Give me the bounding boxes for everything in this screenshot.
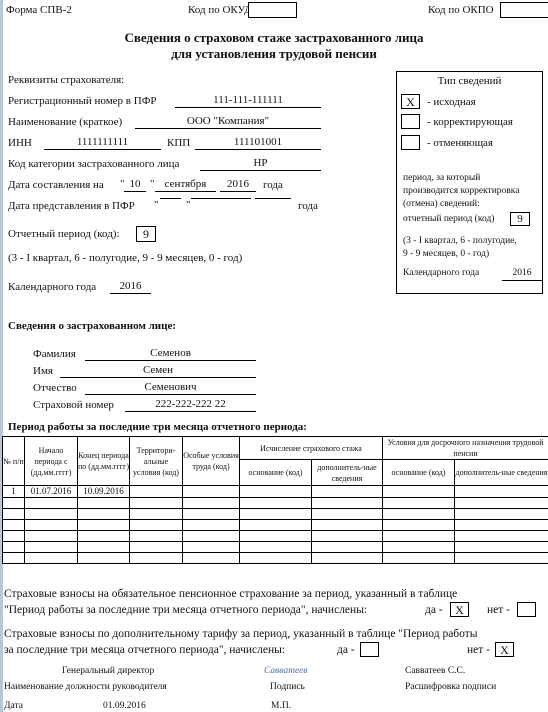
okud-field[interactable] [248, 2, 297, 18]
col-insurance-additional-header: дополнитель-ные сведения [312, 460, 383, 486]
table-cell[interactable] [78, 520, 130, 531]
additional-yes-checkbox[interactable] [360, 642, 379, 657]
insurer-section-label: Реквизиты страхователя: [8, 74, 124, 86]
table-cell[interactable] [183, 498, 240, 509]
table-cell[interactable] [240, 520, 312, 531]
table-cell[interactable] [240, 509, 312, 520]
mandatory-no-checkbox[interactable] [517, 602, 536, 617]
first-name-field[interactable]: Семен [60, 363, 256, 378]
mandatory-text-2: "Период работы за последние три месяца о… [4, 604, 367, 616]
type-corrective-label: - корректирующая [427, 116, 513, 128]
kpp-label: КПП [167, 137, 190, 149]
type-corrective-checkbox[interactable] [401, 114, 420, 129]
table-cell[interactable] [78, 509, 130, 520]
correction-year-label: Календарного года [403, 268, 479, 278]
signature-caption: Подпись [270, 682, 305, 692]
mandatory-no-label: нет - [487, 604, 510, 616]
additional-no-label: нет - [467, 644, 490, 656]
table-cell[interactable] [312, 542, 383, 553]
correction-text-3: (отмена) сведений: [403, 199, 480, 209]
inn-field[interactable]: 1111111111 [44, 135, 161, 150]
quote-open: " [154, 199, 159, 211]
table-row [3, 542, 548, 553]
table-cell[interactable] [183, 509, 240, 520]
table-cell[interactable] [3, 542, 25, 553]
table-cell[interactable] [130, 520, 183, 531]
date-value: 01.09.2016 [103, 701, 146, 711]
table-cell[interactable] [312, 553, 383, 564]
table-row: 101.07.201610.09.2016 [3, 486, 548, 498]
work-table-title: Период работы за последние три месяца от… [8, 421, 307, 433]
table-cell[interactable] [312, 531, 383, 542]
table-cell[interactable] [130, 553, 183, 564]
period-code-field[interactable]: 9 [136, 226, 156, 242]
mandatory-text-1: Страховые взносы на обязательное пенсион… [4, 588, 457, 600]
position-caption: Наименование должности руководителя [4, 682, 167, 692]
table-cell[interactable] [312, 520, 383, 531]
col-end-header: Конец периода по (дд.мм.гггг) [78, 437, 130, 486]
table-cell[interactable] [183, 531, 240, 542]
col-num-header: № п/п [3, 437, 25, 486]
table-cell[interactable] [240, 498, 312, 509]
type-cancelling-label: - отменяющая [427, 137, 493, 149]
table-cell[interactable] [130, 509, 183, 520]
col-start-header: Начало периода с (дд.мм.гггг) [25, 437, 78, 486]
quote-close: " [186, 199, 191, 211]
table-row [3, 553, 548, 564]
table-cell[interactable] [383, 531, 455, 542]
col-early-additional-header: дополнитель-ные сведения [455, 460, 548, 486]
table-cell[interactable] [78, 531, 130, 542]
table-cell[interactable] [240, 553, 312, 564]
snils-label: Страховой номер [33, 399, 114, 411]
col-territorial-header: Территори-альные условия (код) [130, 437, 183, 486]
table-cell[interactable] [240, 542, 312, 553]
table-cell[interactable] [383, 486, 455, 498]
table-cell[interactable] [383, 542, 455, 553]
table-cell[interactable] [25, 553, 78, 564]
correction-year-field[interactable]: 2016 [502, 266, 542, 281]
table-cell[interactable]: 01.07.2016 [25, 486, 78, 498]
correction-hint-2: 9 - 9 месяцев, 0 - год) [403, 249, 489, 259]
table-cell[interactable] [383, 498, 455, 509]
table-cell[interactable] [183, 520, 240, 531]
name-caption: Расшифровка подписи [405, 682, 496, 692]
table-row [3, 520, 548, 531]
director-signature: Савватеев [264, 666, 308, 676]
reg-number-label: Регистрационный номер в ПФР [8, 95, 157, 107]
table-cell[interactable] [78, 542, 130, 553]
table-cell[interactable] [312, 486, 383, 498]
stamp-placeholder: М.П. [271, 701, 291, 711]
compiled-year-field[interactable]: 2016 [220, 177, 256, 192]
category-field[interactable]: НР [200, 156, 321, 171]
submitted-label: Дата представления в ПФР [8, 200, 135, 212]
period-hint: (3 - I квартал, 6 - полугодие, 9 - 9 мес… [8, 252, 242, 264]
date-label: Дата [4, 701, 23, 711]
col-special-header: Особые условия труда (код) [183, 437, 240, 486]
okud-label: Код по ОКУД [188, 4, 252, 16]
table-cell[interactable] [455, 531, 548, 542]
correction-text-2: производится корректировка [403, 186, 519, 196]
table-cell[interactable] [455, 498, 548, 509]
correction-period-field[interactable]: 9 [510, 212, 530, 226]
name-field[interactable]: ООО "Компания" [135, 114, 321, 129]
page-left-border [0, 0, 3, 712]
additional-no-checkbox[interactable]: X [495, 642, 514, 657]
first-name-label: Имя [33, 365, 53, 377]
director-name: Савватеев С.С. [405, 666, 465, 676]
surname-label: Фамилия [33, 348, 76, 360]
col-early-group-header: Условия для досрочного назначения трудов… [383, 437, 548, 460]
correction-period-label: отчетный период (код) [403, 214, 494, 224]
table-cell[interactable] [78, 553, 130, 564]
table-cell[interactable] [455, 509, 548, 520]
table-cell[interactable] [312, 509, 383, 520]
page-title-line2: для установления трудовой пенсии [0, 46, 548, 62]
form-name: Форма СПВ-2 [6, 4, 72, 16]
table-cell[interactable] [25, 542, 78, 553]
reg-number-field[interactable]: 111-111-111111 [175, 93, 321, 108]
patronymic-field[interactable]: Семенович [85, 380, 256, 395]
work-period-table: № п/п Начало периода с (дд.мм.гггг) Коне… [2, 436, 548, 564]
compiled-year-word: года [263, 179, 283, 191]
submitted-month-field[interactable] [191, 198, 251, 199]
type-panel-title: Тип сведений [397, 75, 542, 87]
person-section-label: Сведения о застрахованном лице: [8, 320, 176, 332]
type-original-checkbox[interactable]: X [401, 94, 420, 109]
category-label: Код категории застрахованного лица [8, 158, 179, 170]
calendar-year-field[interactable]: 2016 [110, 279, 151, 294]
submitted-year-field[interactable] [255, 198, 291, 199]
table-row [3, 509, 548, 520]
quote-close: " [150, 178, 155, 190]
table-cell[interactable] [455, 520, 548, 531]
table-cell[interactable] [3, 498, 25, 509]
table-cell[interactable]: 1 [3, 486, 25, 498]
mandatory-yes-label: да - [425, 604, 443, 616]
calendar-year-label: Календарного года [8, 281, 96, 293]
additional-text-1: Страховые взносы по дополнительному тари… [4, 628, 478, 640]
table-row [3, 531, 548, 542]
table-cell[interactable] [240, 531, 312, 542]
type-original-label: - исходная [427, 96, 476, 108]
col-insurance-group-header: Исчисление страхового стажа [240, 437, 383, 460]
table-cell[interactable] [312, 498, 383, 509]
table-cell[interactable] [130, 531, 183, 542]
table-cell[interactable] [455, 542, 548, 553]
correction-hint-1: (3 - I квартал, 6 - полугодие, [403, 236, 517, 246]
additional-text-2: за последние три месяца отчетного период… [4, 644, 285, 656]
table-cell[interactable] [25, 531, 78, 542]
table-cell[interactable] [130, 542, 183, 553]
submitted-year-word: года [298, 200, 318, 212]
kpp-field[interactable]: 111101001 [195, 135, 321, 150]
table-cell[interactable] [3, 531, 25, 542]
period-label: Отчетный период (код): [8, 228, 120, 240]
table-cell[interactable] [183, 553, 240, 564]
col-insurance-basis-header: основание (код) [240, 460, 312, 486]
table-cell[interactable] [383, 520, 455, 531]
table-cell[interactable] [3, 509, 25, 520]
mandatory-yes-checkbox[interactable]: X [450, 602, 469, 617]
table-cell[interactable] [383, 509, 455, 520]
okpo-label: Код по ОКПО [428, 4, 494, 16]
snils-field[interactable]: 222-222-222 22 [125, 397, 256, 412]
table-cell[interactable] [25, 520, 78, 531]
table-cell[interactable] [240, 486, 312, 498]
director-position: Генеральный директор [62, 666, 154, 676]
inn-label: ИНН [8, 137, 32, 149]
compiled-day-field[interactable]: 10 [124, 177, 146, 192]
table-cell[interactable] [455, 486, 548, 498]
additional-yes-label: да - [337, 644, 355, 656]
table-cell[interactable] [455, 553, 548, 564]
table-cell[interactable] [3, 553, 25, 564]
table-cell[interactable] [183, 486, 240, 498]
okpo-field[interactable] [500, 2, 548, 18]
patronymic-label: Отчество [33, 382, 77, 394]
type-cancelling-checkbox[interactable] [401, 135, 420, 150]
table-cell[interactable] [130, 498, 183, 509]
table-cell[interactable] [130, 486, 183, 498]
table-row [3, 498, 548, 509]
table-cell[interactable] [78, 498, 130, 509]
info-type-panel: Тип сведений X - исходная - корректирующ… [396, 71, 543, 294]
surname-field[interactable]: Семенов [85, 346, 256, 361]
table-cell[interactable] [3, 520, 25, 531]
col-early-basis-header: основание (код) [383, 460, 455, 486]
page-title-line1: Сведения о страховом стаже застрахованно… [0, 30, 548, 46]
table-cell[interactable]: 10.09.2016 [78, 486, 130, 498]
compiled-month-field[interactable]: сентября [155, 177, 216, 192]
table-cell[interactable] [25, 509, 78, 520]
submitted-day-field[interactable] [160, 198, 181, 199]
table-cell[interactable] [383, 553, 455, 564]
name-label: Наименование (краткое) [8, 116, 122, 128]
table-cell[interactable] [183, 542, 240, 553]
compiled-label: Дата составления на [8, 179, 104, 191]
correction-text-1: период, за который [403, 173, 480, 183]
table-cell[interactable] [25, 498, 78, 509]
